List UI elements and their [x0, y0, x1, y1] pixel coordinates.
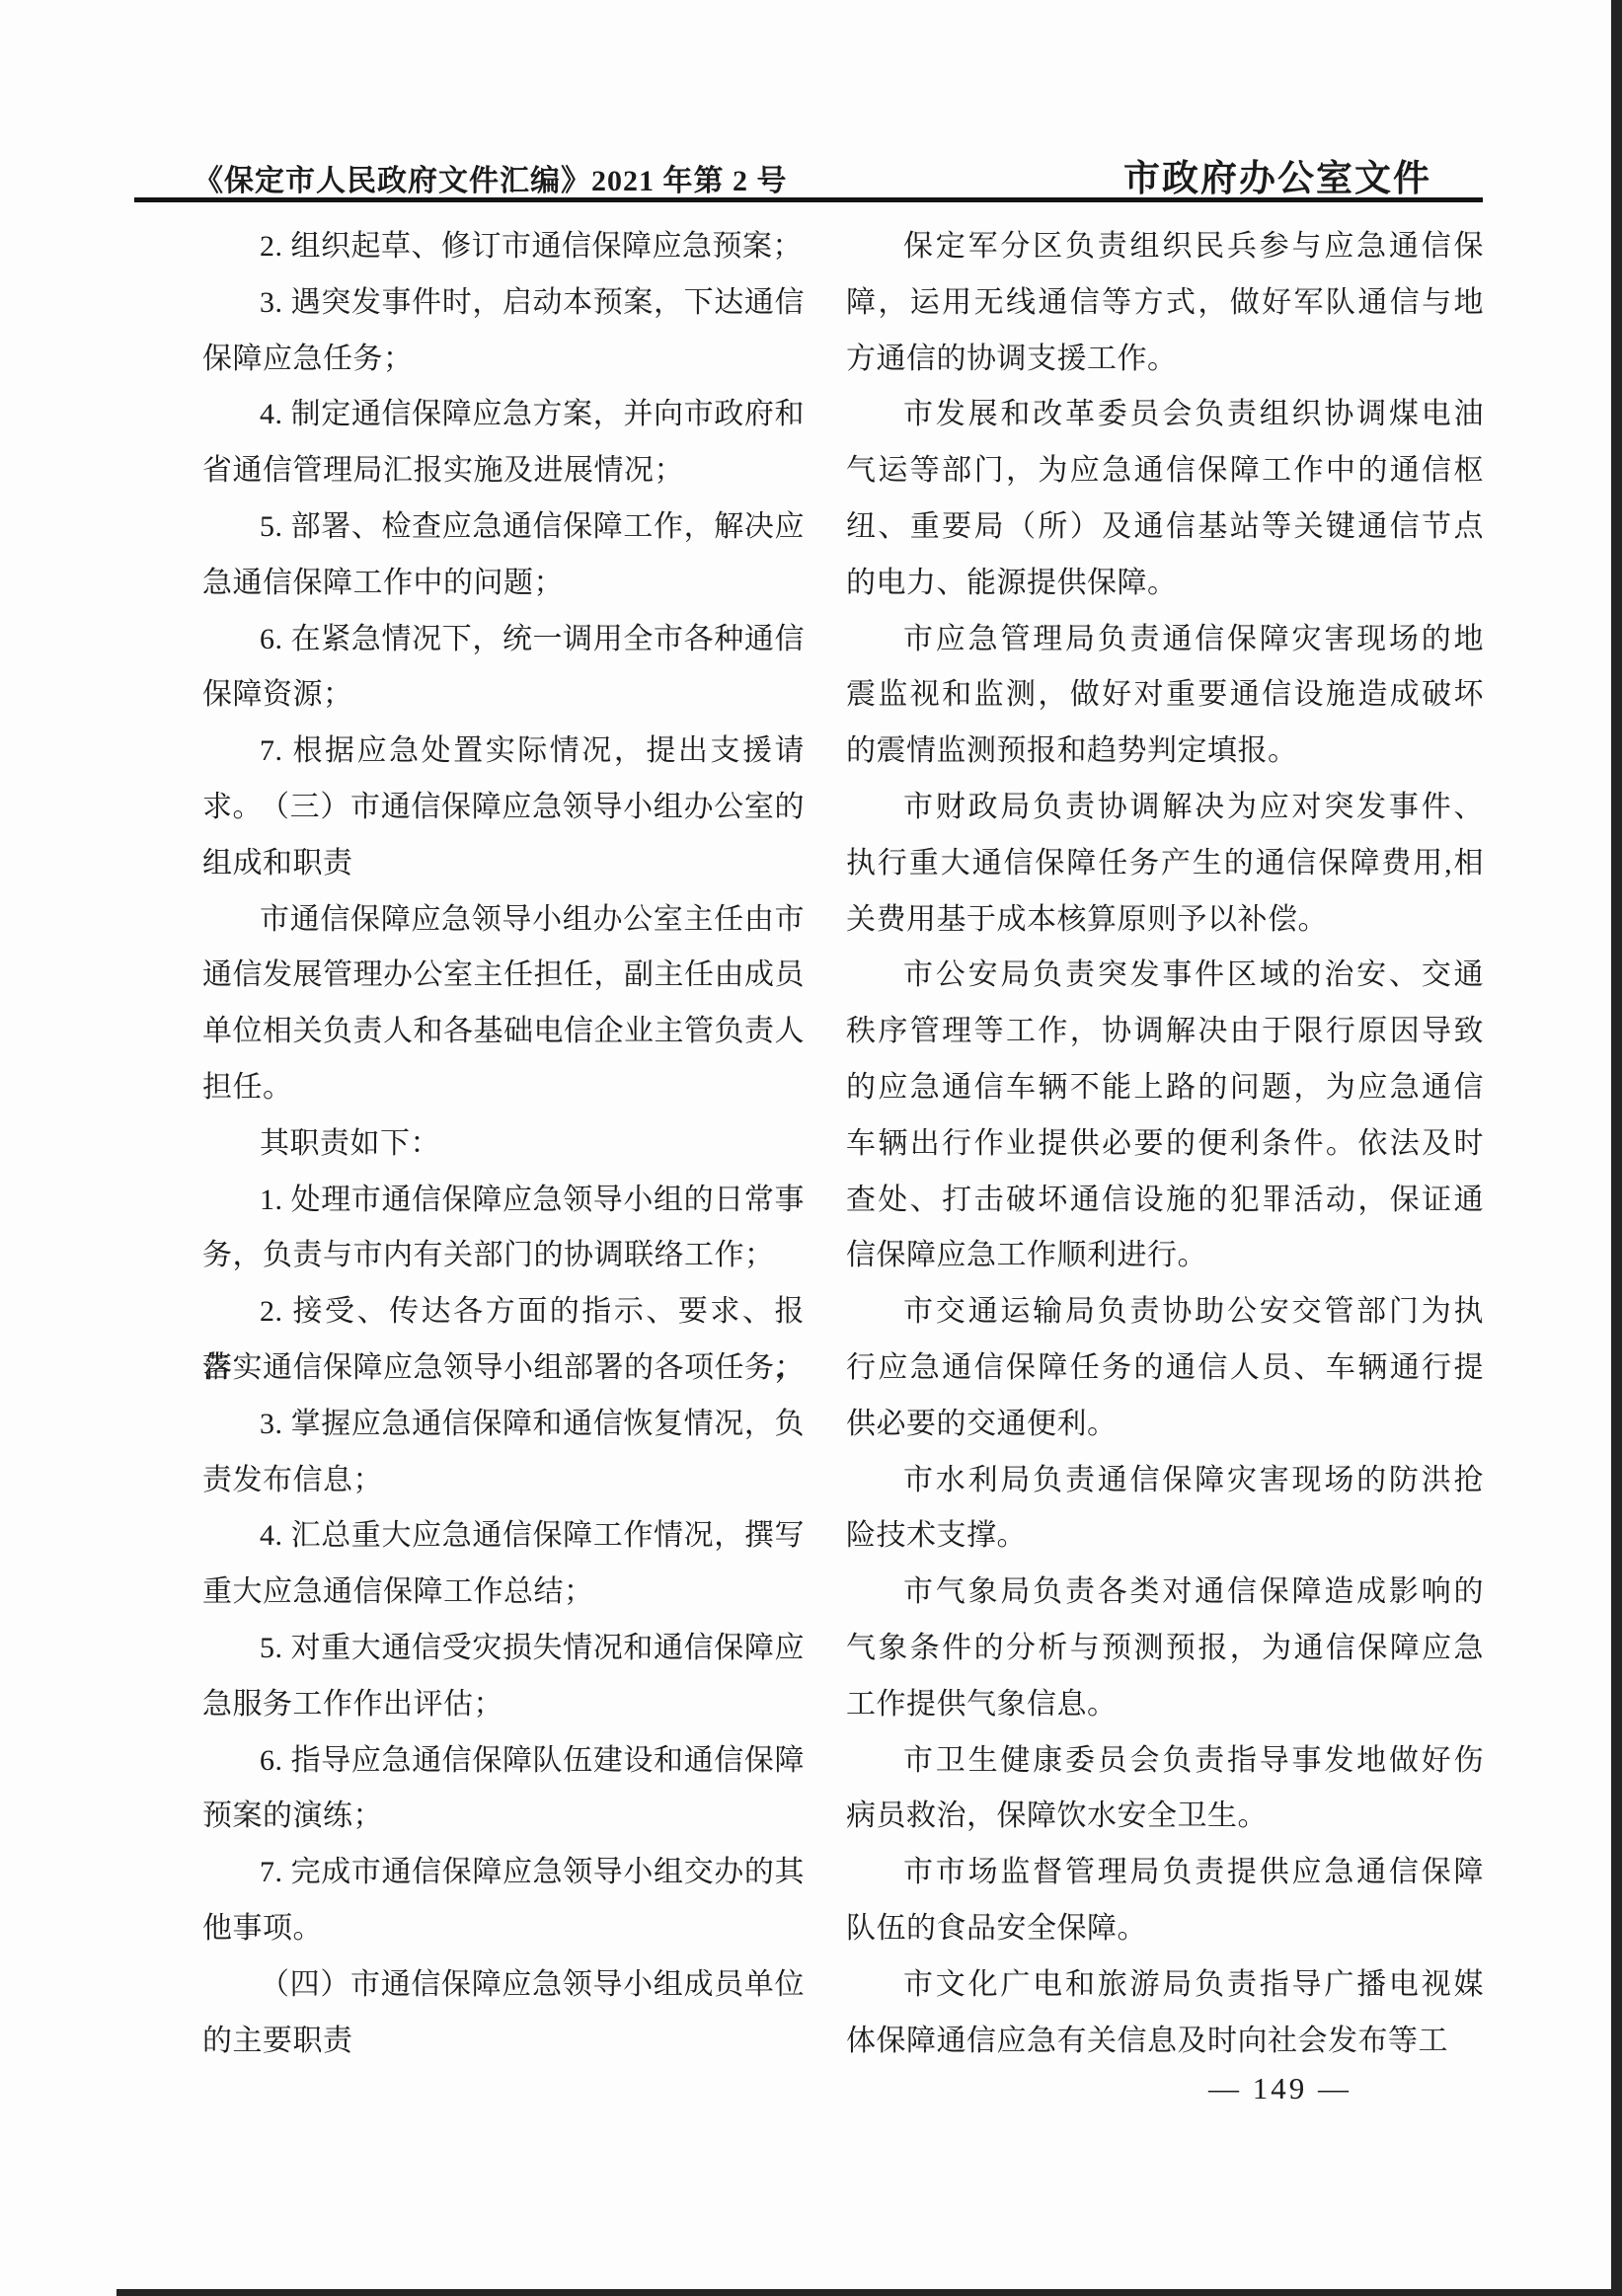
text-line: 3. 掌握应急通信保障和通信恢复情况，负 [202, 1397, 805, 1453]
text-line: 7. 完成市通信保障应急领导小组交办的其 [202, 1845, 805, 1901]
text-line: 5. 部署、检查应急通信保障工作，解决应 [202, 499, 805, 556]
text-line: 组成和职责 [202, 836, 805, 892]
text-line: 落实通信保障应急领导小组部署的各项任务； [202, 1340, 805, 1397]
text-line: 体保障通信应急有关信息及时向社会发布等工 [846, 2014, 1484, 2070]
text-line: 4. 制定通信保障应急方案，并向市政府和 [202, 387, 805, 443]
text-line: 急服务工作作出评估； [202, 1677, 805, 1733]
right-column: 保定军分区负责组织民兵参与应急通信保障，运用无线通信等方式，做好军队通信与地方通… [846, 219, 1484, 2069]
text-line: 责发布信息； [202, 1453, 805, 1509]
text-line: 通信发展管理办公室主任担任，副主任由成员 [202, 948, 805, 1004]
scan-edge-bottom [116, 2289, 1622, 2296]
text-line: 重大应急通信保障工作总结； [202, 1565, 805, 1621]
text-line: 的震情监测预报和趋势判定填报。 [846, 724, 1484, 780]
text-line: 行应急通信保障任务的通信人员、车辆通行提 [846, 1340, 1484, 1397]
text-line: 市文化广电和旅游局负责指导广播电视媒 [846, 1957, 1484, 2014]
text-line: 2. 接受、传达各方面的指示、要求、报告， [202, 1284, 805, 1340]
text-line: 市财政局负责协调解决为应对突发事件、 [846, 780, 1484, 836]
text-line: 2. 组织起草、修订市通信保障应急预案； [202, 219, 805, 275]
text-line: 方通信的协调支援工作。 [846, 332, 1484, 388]
text-line: 的应急通信车辆不能上路的问题，为应急通信 [846, 1060, 1484, 1116]
text-line: 市应急管理局负责通信保障灾害现场的地 [846, 612, 1484, 668]
text-line: 预案的演练； [202, 1789, 805, 1845]
text-line: 保定军分区负责组织民兵参与应急通信保 [846, 219, 1484, 275]
text-line: 的电力、能源提供保障。 [846, 556, 1484, 612]
text-line: 执行重大通信保障任务产生的通信保障费用,相 [846, 836, 1484, 892]
scan-edge-right [1611, 0, 1622, 2296]
text-line: 保障应急任务； [202, 332, 805, 388]
header-journal-title: 《保定市人民政府文件汇编》2021 年第 2 号 [193, 156, 788, 199]
text-line: 市交通运输局负责协助公安交管部门为执 [846, 1284, 1484, 1340]
text-line: 纽、重要局（所）及通信基站等关键通信节点 [846, 499, 1484, 556]
text-line: 市市场监督管理局负责提供应急通信保障 [846, 1845, 1484, 1901]
page-number: — 149 — [1208, 2071, 1352, 2106]
text-line: 1. 处理市通信保障应急领导小组的日常事 [202, 1173, 805, 1229]
text-line: （四）市通信保障应急领导小组成员单位 [202, 1957, 805, 2014]
text-line: 市气象局负责各类对通信保障造成影响的 [846, 1565, 1484, 1621]
text-line: 市卫生健康委员会负责指导事发地做好伤 [846, 1733, 1484, 1790]
text-line: 担任。 [202, 1060, 805, 1116]
text-line: 秩序管理等工作，协调解决由于限行原因导致 [846, 1004, 1484, 1060]
text-line: 市通信保障应急领导小组办公室主任由市 [202, 892, 805, 949]
text-line: 险技术支撑。 [846, 1508, 1484, 1565]
text-line: 供必要的交通便利。 [846, 1397, 1484, 1453]
text-line: 工作提供气象信息。 [846, 1677, 1484, 1733]
text-line: 查处、打击破坏通信设施的犯罪活动，保证通 [846, 1173, 1484, 1229]
text-line: 单位相关负责人和各基础电信企业主管负责人 [202, 1004, 805, 1060]
text-line: 保障资源； [202, 667, 805, 724]
text-line: 车辆出行作业提供必要的便利条件。依法及时 [846, 1116, 1484, 1173]
text-line: 6. 指导应急通信保障队伍建设和通信保障 [202, 1733, 805, 1790]
text-line: 其职责如下： [202, 1116, 805, 1173]
text-line: 务，负责与市内有关部门的协调联络工作； [202, 1228, 805, 1284]
text-line: 4. 汇总重大应急通信保障工作情况，撰写 [202, 1508, 805, 1565]
text-line: 信保障应急工作顺利进行。 [846, 1228, 1484, 1284]
text-line: 6. 在紧急情况下，统一调用全市各种通信 [202, 612, 805, 668]
text-line: 气象条件的分析与预测预报，为通信保障应急 [846, 1621, 1484, 1677]
text-line: 关费用基于成本核算原则予以补偿。 [846, 892, 1484, 949]
header-rule [134, 197, 1483, 202]
text-line: 市水利局负责通信保障灾害现场的防洪抢 [846, 1453, 1484, 1509]
text-line: 5. 对重大通信受灾损失情况和通信保障应 [202, 1621, 805, 1677]
header-doc-type: 市政府办公室文件 [1123, 148, 1431, 201]
text-line: 障，运用无线通信等方式，做好军队通信与地 [846, 275, 1484, 332]
text-line: 省通信管理局汇报实施及进展情况； [202, 443, 805, 499]
text-line: 病员救治，保障饮水安全卫生。 [846, 1789, 1484, 1845]
text-line: （三）市通信保障应急领导小组办公室的 [202, 780, 805, 836]
text-line: 市发展和改革委员会负责组织协调煤电油 [846, 387, 1484, 443]
text-line: 急通信保障工作中的问题； [202, 556, 805, 612]
text-line: 市公安局负责突发事件区域的治安、交通 [846, 948, 1484, 1004]
text-line: 7. 根据应急处置实际情况，提出支援请求。 [202, 724, 805, 780]
text-line: 的主要职责 [202, 2014, 805, 2070]
text-line: 3. 遇突发事件时，启动本预案，下达通信 [202, 275, 805, 332]
text-line: 气运等部门，为应急通信保障工作中的通信枢 [846, 443, 1484, 499]
left-column: 2. 组织起草、修订市通信保障应急预案；3. 遇突发事件时，启动本预案，下达通信… [202, 219, 805, 2069]
text-line: 震监视和监测，做好对重要通信设施造成破坏 [846, 667, 1484, 724]
text-line: 他事项。 [202, 1901, 805, 1957]
text-line: 队伍的食品安全保障。 [846, 1901, 1484, 1957]
